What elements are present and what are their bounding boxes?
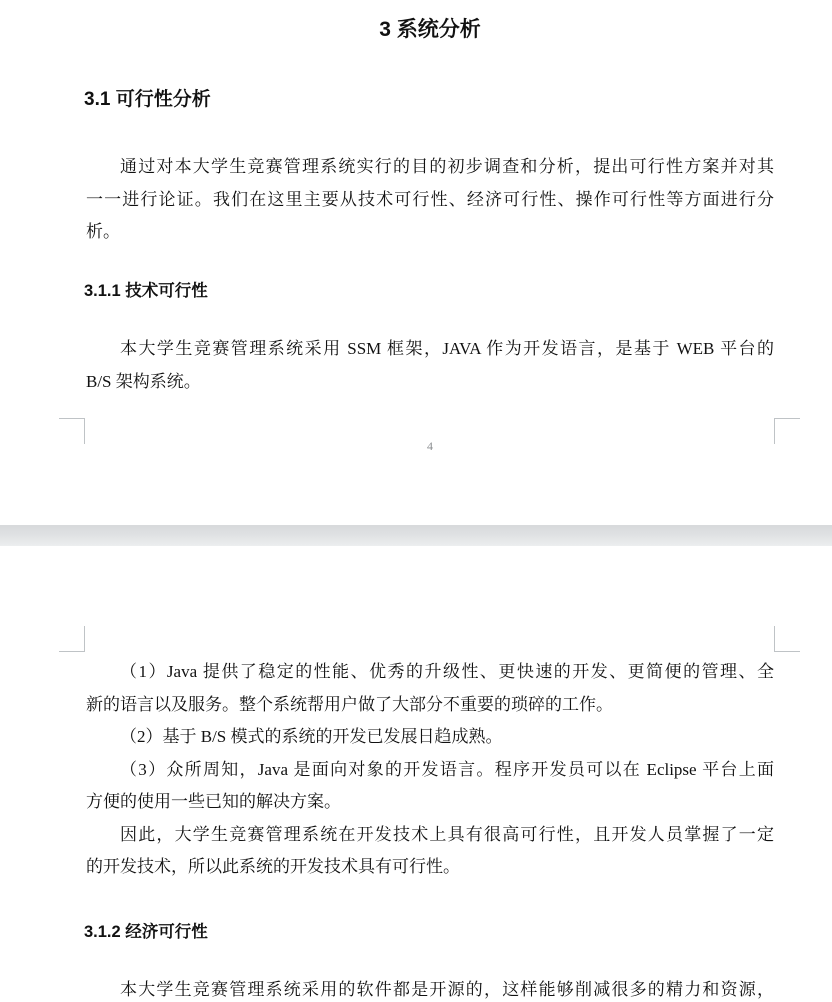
- text-line: 新的语言以及服务。整个系统帮用户做了大部分不重要的琐碎的工作。: [86, 689, 774, 722]
- heading-3-1: 3.1 可行性分析: [84, 87, 211, 112]
- text-line: 本大学生竞赛管理系统采用的软件都是开源的，这样能够削减很多的精力和资源，: [86, 974, 774, 1002]
- text-line: 一一进行论证。我们在这里主要从技术可行性、经济可行性、操作可行性等方面进行分: [86, 184, 774, 217]
- margin-corner-mark-bottom-left: [59, 418, 85, 444]
- document-canvas: 3 系统分析 3.1 可行性分析 通过对本大学生竞赛管理系统实行的目的初步调查和…: [0, 0, 832, 1002]
- paragraph-economic: 本大学生竞赛管理系统采用的软件都是开源的，这样能够削减很多的精力和资源，: [86, 974, 774, 1002]
- margin-corner-mark-top-right: [774, 626, 800, 652]
- margin-corner-mark-top-left: [59, 626, 85, 652]
- text-line: 因此，大学生竞赛管理系统在开发技术上具有很高可行性，且开发人员掌握了一定: [86, 819, 774, 852]
- text-line: 的开发技术，所以此系统的开发技术具有可行性。: [86, 851, 774, 884]
- text-line: 析。: [86, 216, 774, 249]
- text-line: 本大学生竞赛管理系统采用 SSM 框架，JAVA 作为开发语言，是基于 WEB …: [86, 333, 774, 366]
- heading-3-1-1: 3.1.1 技术可行性: [84, 280, 208, 302]
- text-line: （3）众所周知，Java 是面向对象的开发语言。程序开发员可以在 Eclipse…: [86, 754, 774, 787]
- heading-3-1-2: 3.1.2 经济可行性: [84, 921, 208, 943]
- paragraph-intro: 通过对本大学生竞赛管理系统实行的目的初步调查和分析，提出可行性方案并对其 一一进…: [86, 151, 774, 249]
- text-line: （2）基于 B/S 模式的系统的开发已发展日趋成熟。: [86, 721, 774, 754]
- page-number: 4: [86, 438, 774, 454]
- page-break-gap: [0, 525, 832, 546]
- margin-corner-mark-bottom-right: [774, 418, 800, 444]
- text-line: 方便的使用一些已知的解决方案。: [86, 786, 774, 819]
- text-line: B/S 架构系统。: [86, 366, 774, 399]
- paragraph-feasibility-points: （1）Java 提供了稳定的性能、优秀的升级性、更快速的开发、更简便的管理、全 …: [86, 656, 774, 884]
- chapter-title: 3 系统分析: [86, 15, 774, 45]
- text-line: 通过对本大学生竞赛管理系统实行的目的初步调查和分析，提出可行性方案并对其: [86, 151, 774, 184]
- paragraph-technical: 本大学生竞赛管理系统采用 SSM 框架，JAVA 作为开发语言，是基于 WEB …: [86, 333, 774, 398]
- text-line: （1）Java 提供了稳定的性能、优秀的升级性、更快速的开发、更简便的管理、全: [86, 656, 774, 689]
